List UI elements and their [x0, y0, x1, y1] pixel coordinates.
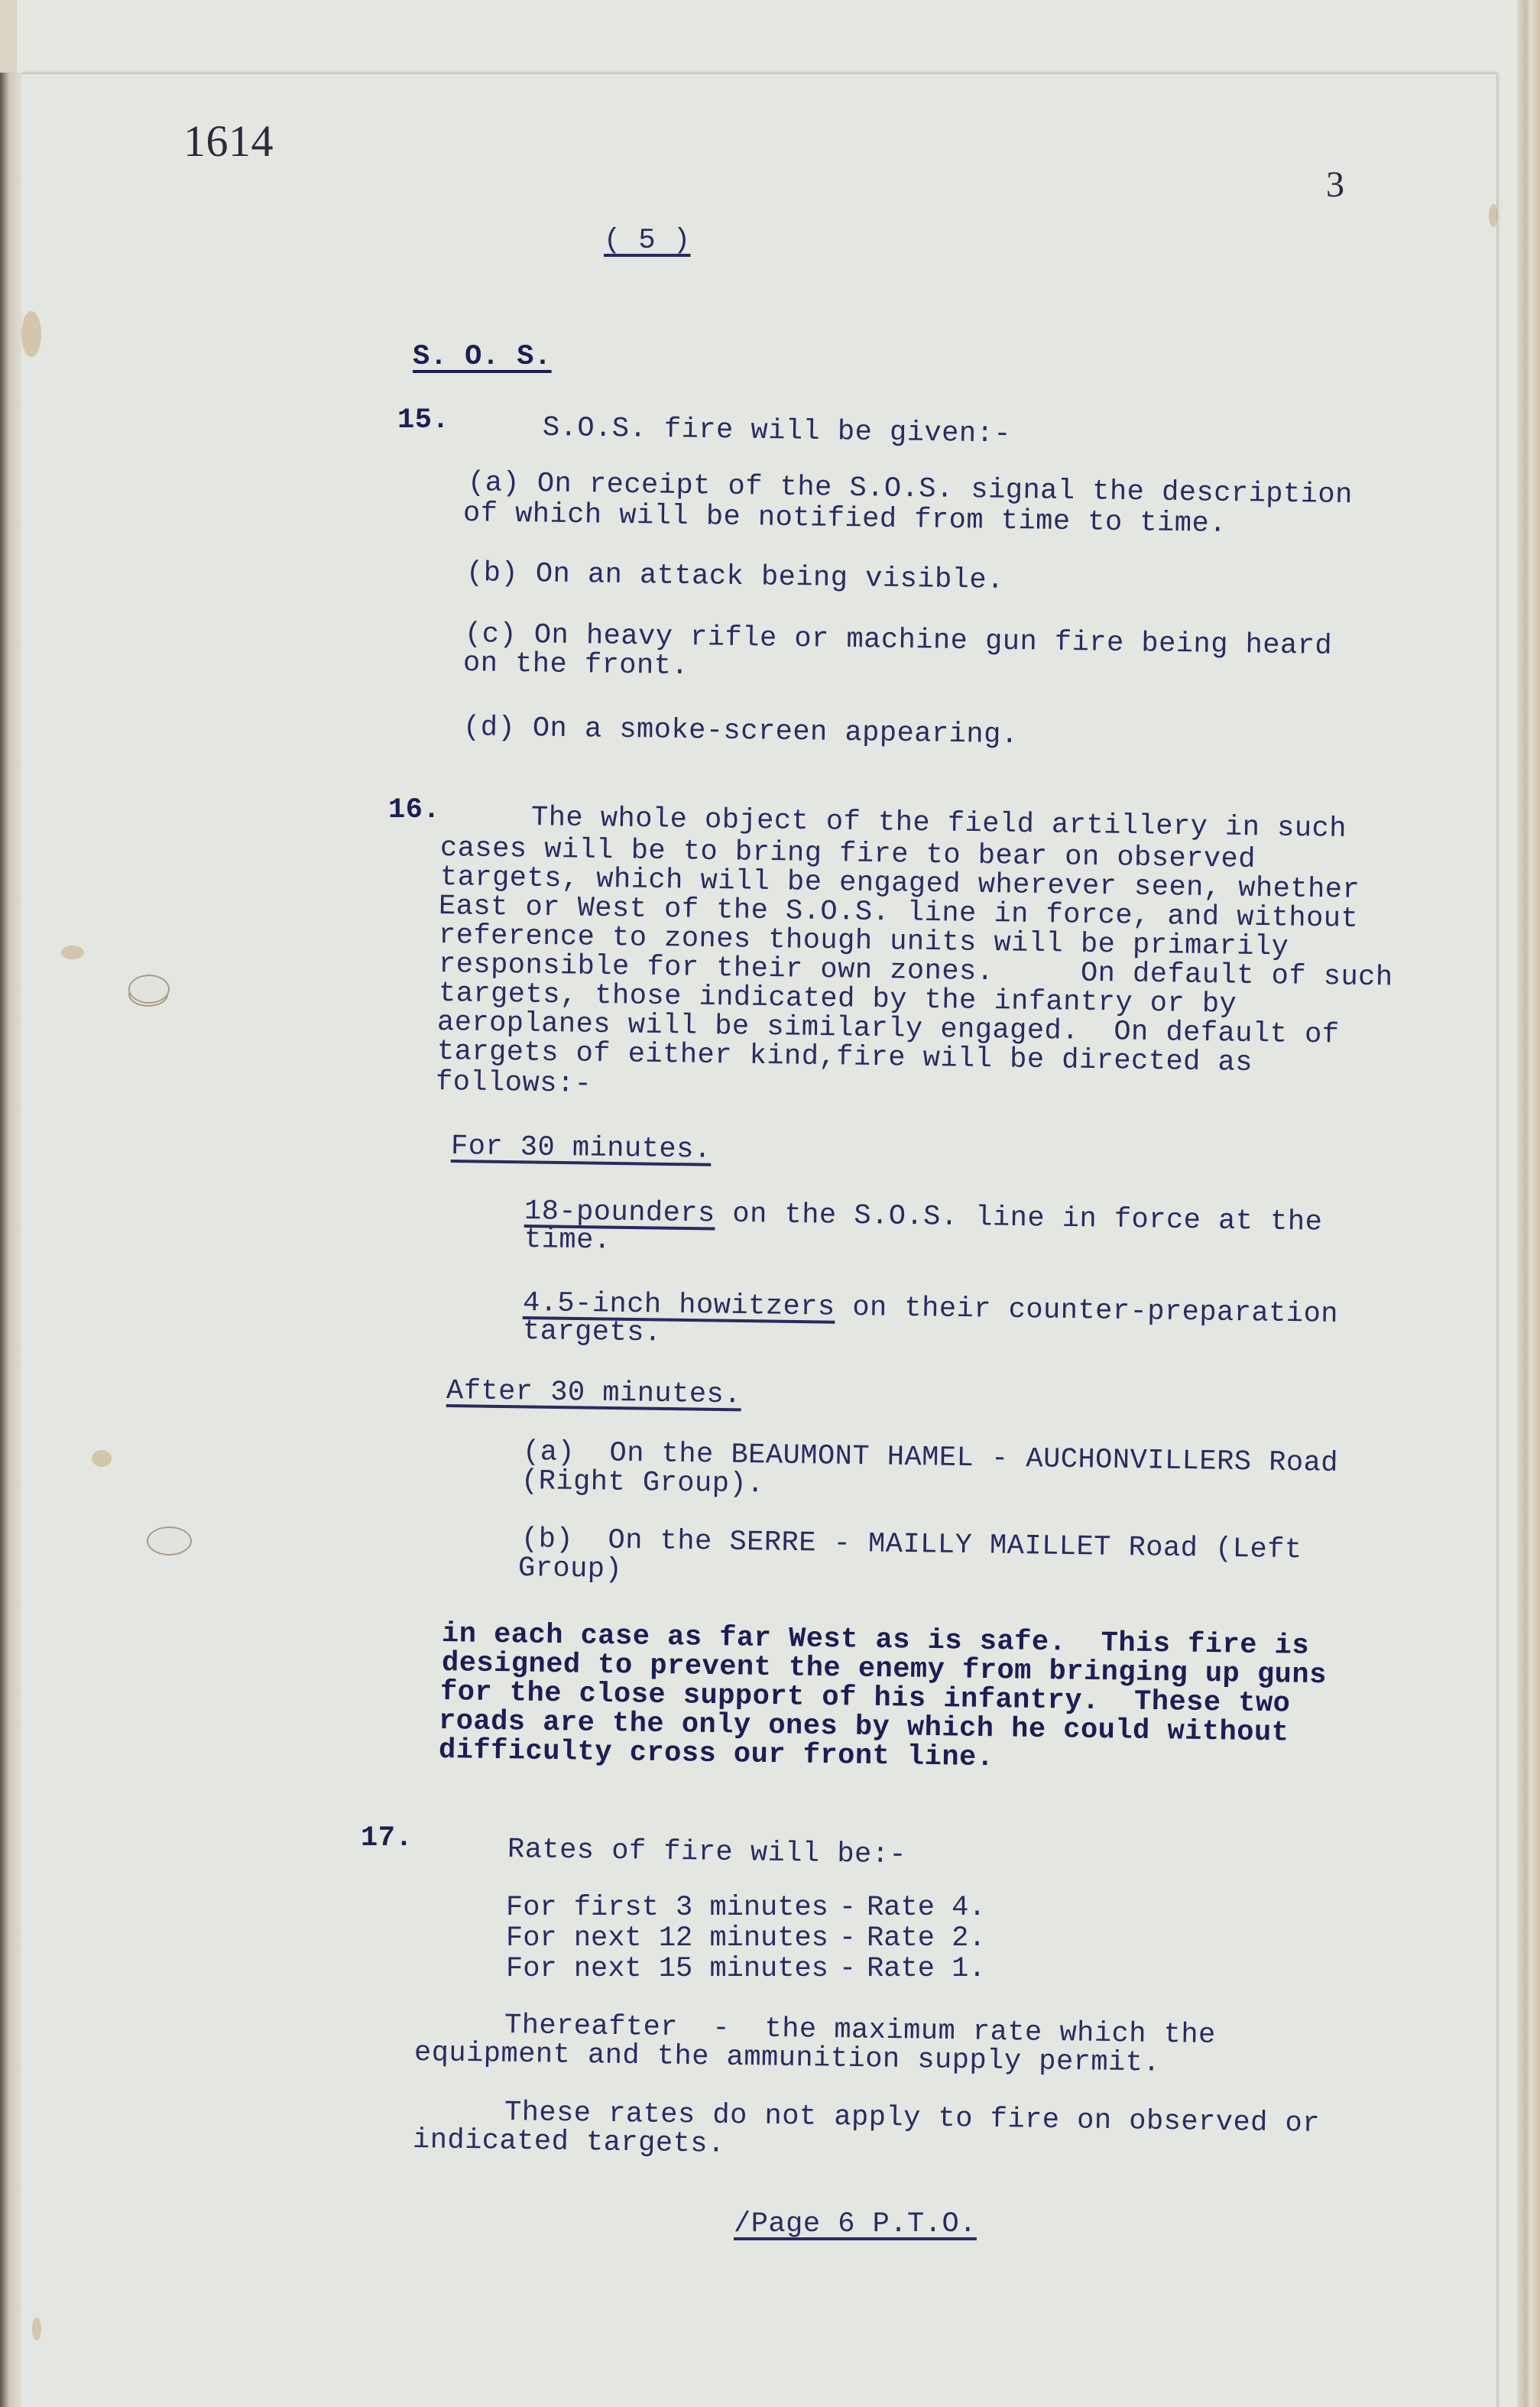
punch-hole [128, 975, 170, 1004]
punch-hole [147, 1526, 192, 1555]
rate-row: For next 12 minutes - Rate 2. [506, 1923, 997, 1954]
after-30-item-a-cont: (Right Group). [521, 1466, 764, 1500]
para-16-line: follows:- [436, 1067, 592, 1100]
rate-value: Rate 2. [867, 1923, 996, 1954]
rates-note-cont: indicated targets. [413, 2125, 725, 2160]
para-15-item-b: (b) On an attack being visible. [466, 558, 1004, 596]
para-16-number: 16. [388, 795, 440, 826]
para-17-intro: Rates of fire will be:- [507, 1834, 907, 1870]
rate-dash: - [839, 1923, 867, 1954]
page-number: ( 5 ) [604, 225, 691, 256]
rate-value: Rate 4. [867, 1893, 996, 1923]
rate-dash: - [839, 1893, 867, 1923]
rate-row: For first 3 minutes - Rate 4. [506, 1893, 997, 1923]
binding-edge [0, 73, 23, 2407]
stain [1489, 204, 1498, 227]
corner-mark: 3 [1326, 170, 1345, 200]
rate-value: Rate 1. [867, 1954, 996, 1984]
stain [32, 2318, 41, 2340]
para-17-number: 17. [361, 1823, 413, 1854]
rate-row: For next 15 minutes - Rate 1. [506, 1954, 997, 1984]
stain [21, 311, 41, 357]
after-30-item-b-cont: Group) [518, 1553, 623, 1585]
para-15-intro: S.O.S. fire will be given:- [543, 413, 1011, 450]
section-heading: S. O. S. [413, 342, 552, 372]
rate-period: For next 15 minutes [506, 1954, 839, 1984]
for-30-item-cont: time. [524, 1225, 611, 1257]
para-15-number: 15. [397, 405, 449, 436]
stain [92, 1450, 112, 1467]
stacked-pages-edge [1517, 0, 1540, 2407]
para-15-item-c-cont: on the front. [463, 648, 689, 682]
rates-of-fire-table: For first 3 minutes - Rate 4. For next 1… [506, 1893, 997, 1984]
after-30-minutes-heading: After 30 minutes. [446, 1376, 741, 1410]
rate-period: For next 12 minutes [506, 1923, 839, 1954]
for-30-minutes-heading: For 30 minutes. [451, 1131, 712, 1166]
page-footer-pto: /Page 6 P.T.O. [734, 2209, 977, 2240]
folio-number: 1614 [183, 126, 274, 157]
rate-period: For first 3 minutes [506, 1893, 839, 1923]
for-30-item-cont: targets. [523, 1316, 662, 1349]
rate-dash: - [839, 1954, 867, 1984]
stain [61, 946, 84, 959]
